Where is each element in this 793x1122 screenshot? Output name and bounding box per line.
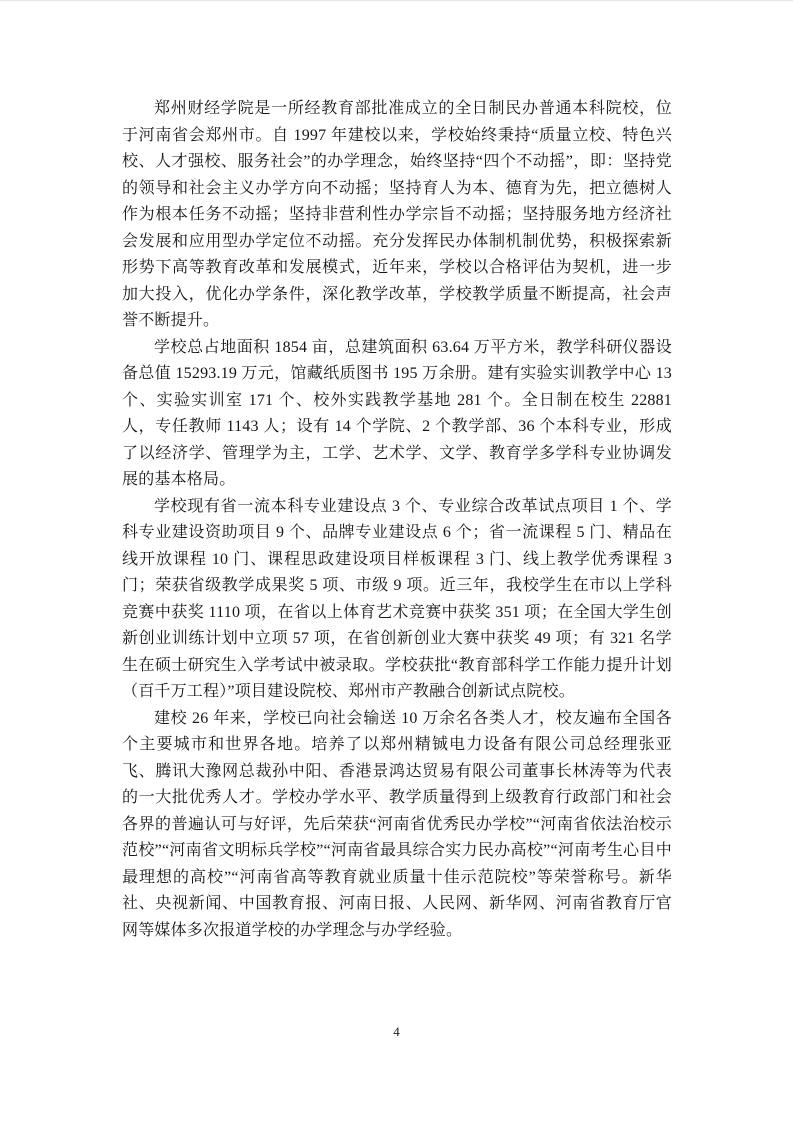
document-page: 郑州财经学院是一所经教育部批准成立的全日制民办普通本科院校，位于河南省会郑州市。… bbox=[0, 0, 793, 1122]
paragraph-academic-achievements: 学校现有省一流本科专业建设点 3 个、专业综合改革试点项目 1 个、学科专业建设… bbox=[122, 494, 672, 706]
page-number: 4 bbox=[393, 1024, 400, 1039]
paragraph-overview: 郑州财经学院是一所经教育部批准成立的全日制民办普通本科院校，位于河南省会郑州市。… bbox=[122, 96, 672, 335]
page-footer: 4 bbox=[0, 1023, 793, 1041]
paragraph-campus-stats: 学校总占地面积 1854 亩，总建筑面积 63.64 万平方米，教学科研仪器设备… bbox=[122, 335, 672, 494]
document-body: 郑州财经学院是一所经教育部批准成立的全日制民办普通本科院校，位于河南省会郑州市。… bbox=[122, 96, 672, 944]
paragraph-alumni-honors: 建校 26 年来，学校已向社会输送 10 万余名各类人才，校友遍布全国各个主要城… bbox=[122, 706, 672, 945]
